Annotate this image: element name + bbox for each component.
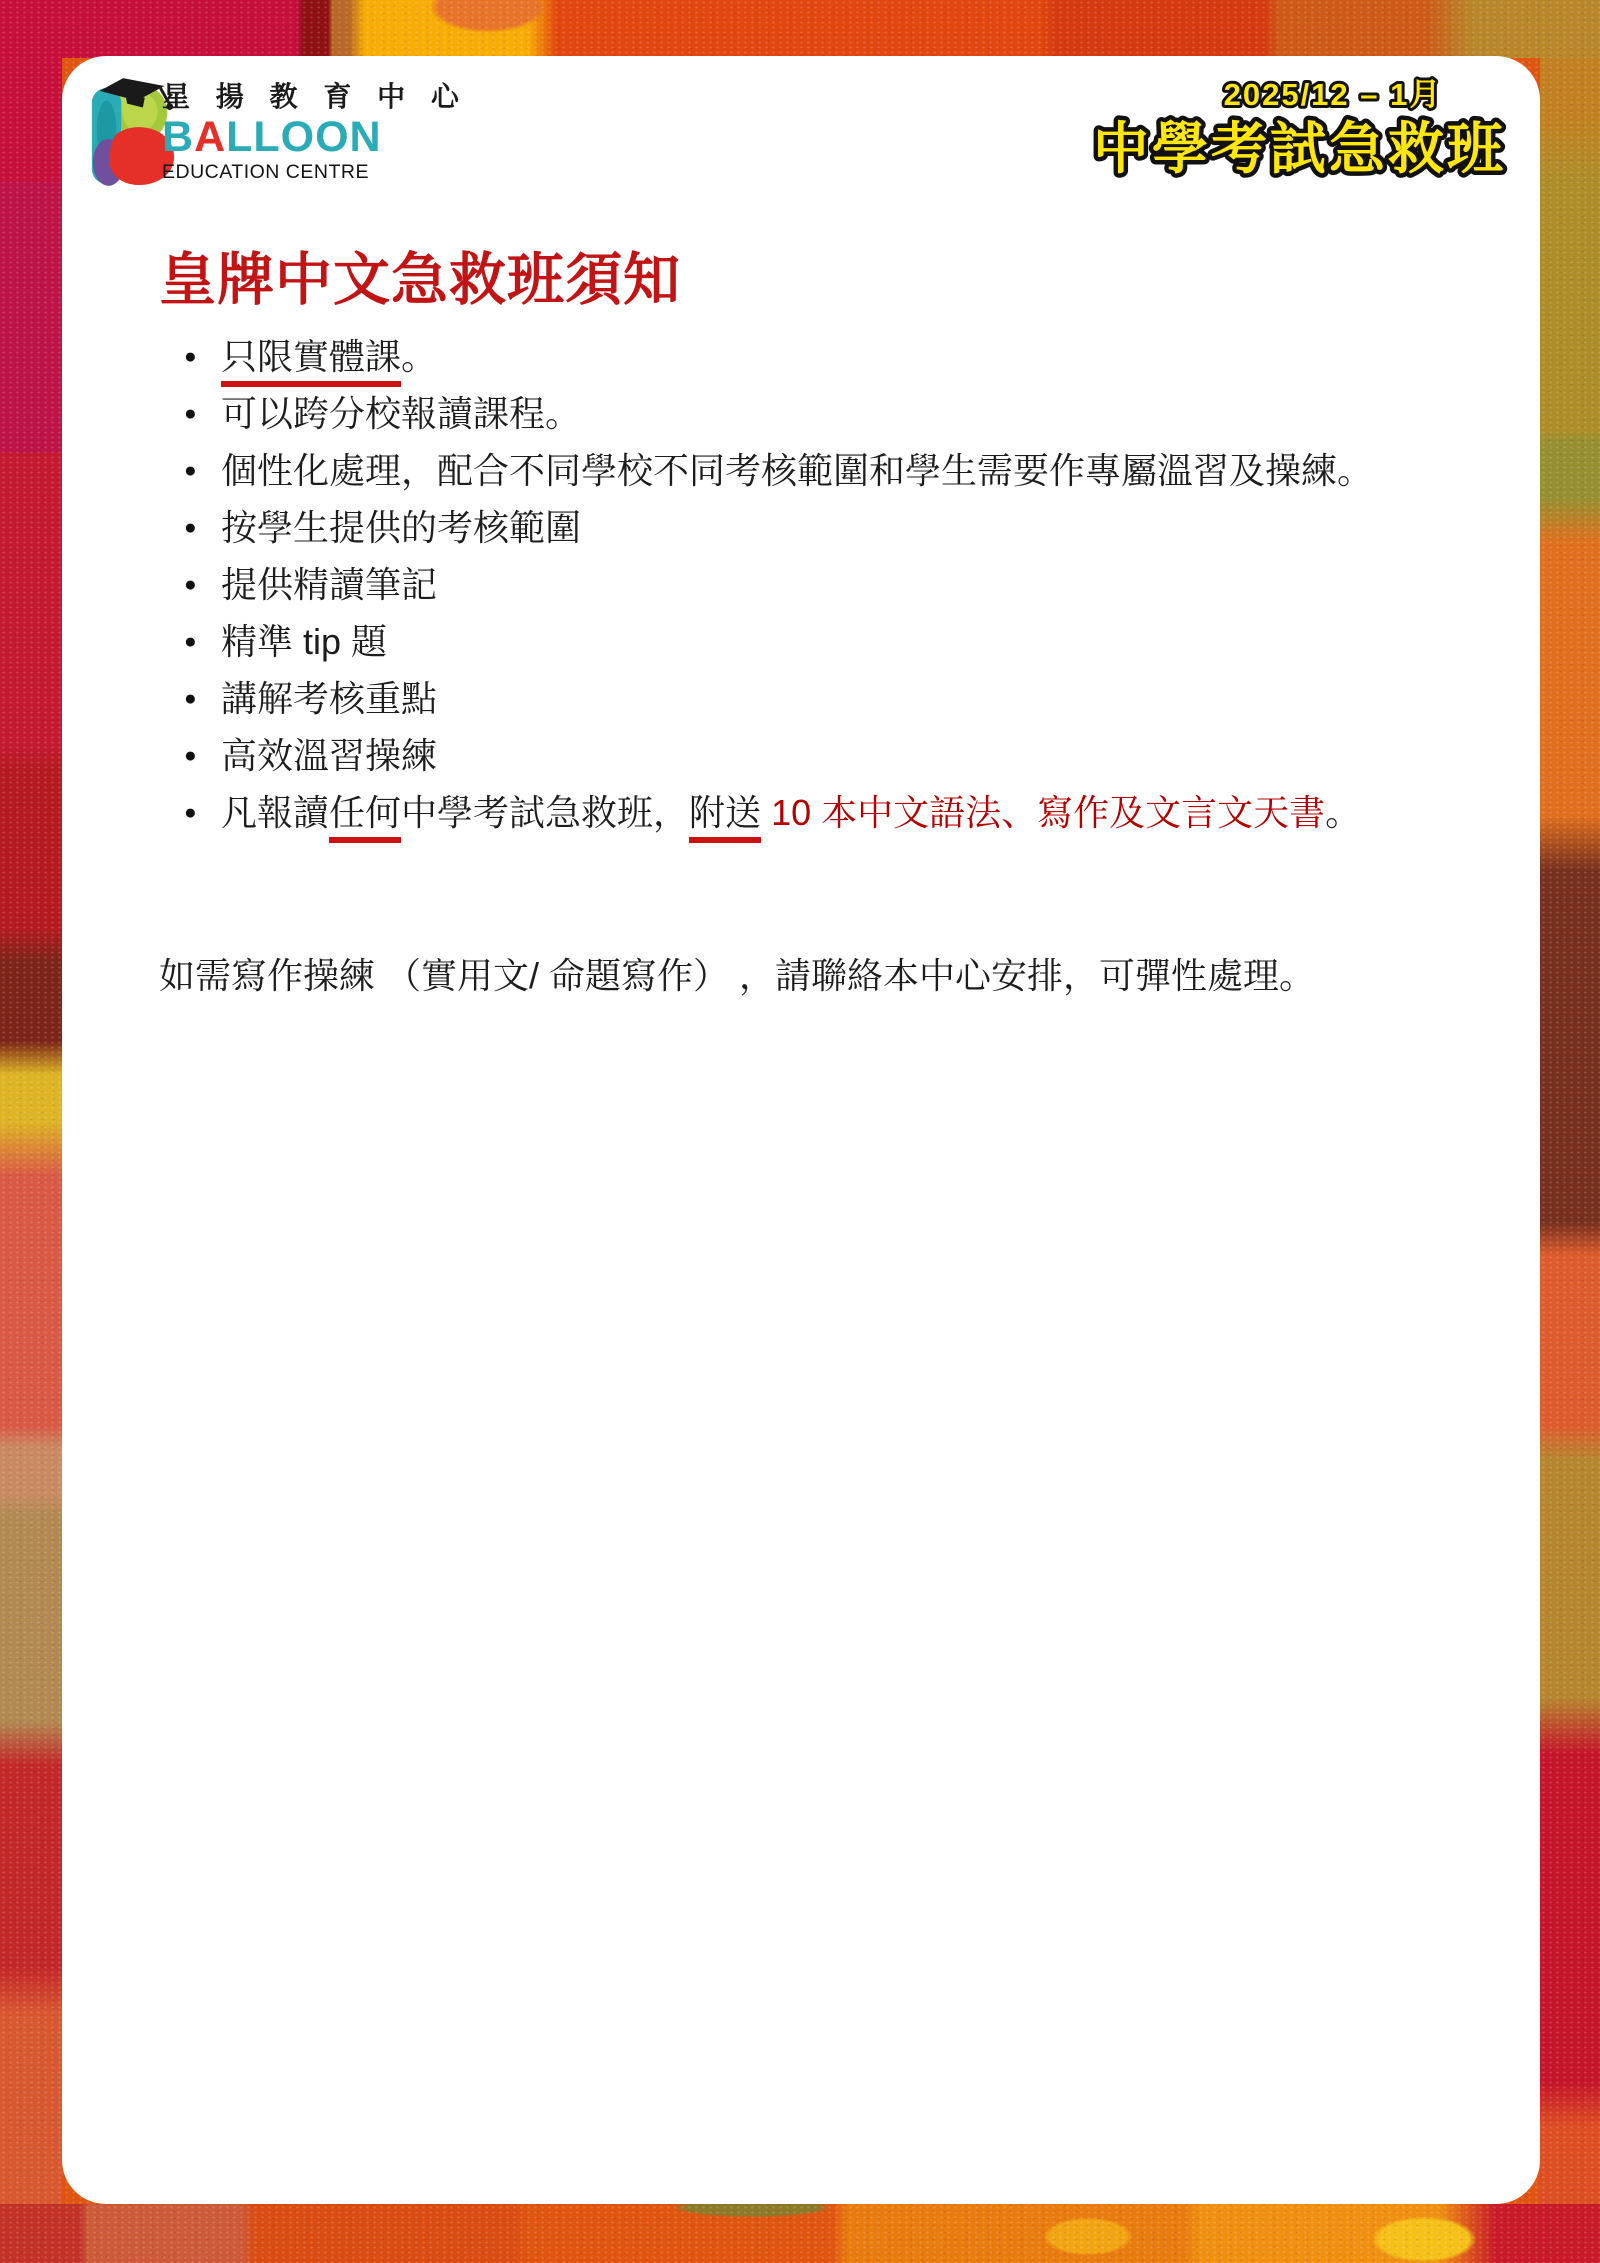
logo-chinese-name: 星 揚 教 育 中 心 <box>162 80 468 114</box>
list-item-text: 。 <box>401 336 437 377</box>
list-item: 講解考核重點 <box>62 670 1492 727</box>
list-item-text: 可以跨分校報讀課程。 <box>221 393 581 434</box>
list-item: 精準 tip 題 <box>62 613 1492 670</box>
list-item: 按學生提供的考核範圍 <box>62 499 1492 556</box>
logo-letter-a: A <box>194 113 226 161</box>
logo-text: 星 揚 教 育 中 心 BALLOON EDUCATION CENTRE <box>162 80 468 184</box>
flyer-page: 星 揚 教 育 中 心 BALLOON EDUCATION CENTRE 202… <box>0 0 1600 2263</box>
list-item-underlined-text: 只限實體課 <box>221 336 401 387</box>
logo-english-name: BALLOON <box>162 115 468 160</box>
list-item: 可以跨分校報讀課程。 <box>62 385 1492 442</box>
badge-date-line: 2025/12 – 1月 <box>1224 77 1443 112</box>
list-item-text: 中學考試急救班， <box>401 792 689 833</box>
list-item-text: 提供精讀筆記 <box>221 564 437 605</box>
list-item-text: 按學生提供的考核範圍 <box>221 507 581 548</box>
list-item: 凡報讀任何中學考試急救班，附送 10 本中文語法、寫作及文言文天書。 <box>62 784 1492 841</box>
badge-title-line: 中學考試急救班 <box>1093 117 1506 180</box>
list-item-text: 個性化處理，配合不同學校不同考核範圍和學生需要作專屬溫習及操練。 <box>221 450 1373 491</box>
bullet-list: 只限實體課。 可以跨分校報讀課程。 個性化處理，配合不同學校不同考核範圍和學生需… <box>62 328 1492 841</box>
logo: 星 揚 教 育 中 心 BALLOON EDUCATION CENTRE <box>62 56 482 206</box>
list-item: 個性化處理，配合不同學校不同考核範圍和學生需要作專屬溫習及操練。 <box>62 442 1492 499</box>
list-item: 提供精讀筆記 <box>62 556 1492 613</box>
list-item-text: 高效溫習操練 <box>221 735 437 776</box>
list-item-text: 。 <box>1325 792 1361 833</box>
logo-letters-rest: LLOON <box>226 113 381 161</box>
list-item: 高效溫習操練 <box>62 727 1492 784</box>
list-item-text: 凡報讀 <box>221 792 329 833</box>
list-item-red-text: 10 本中文語法、寫作及文言文天書 <box>761 792 1325 833</box>
title-badge: 2025/12 – 1月 中學考試急救班 <box>1080 74 1510 202</box>
content-card: 星 揚 教 育 中 心 BALLOON EDUCATION CENTRE 202… <box>62 56 1540 2204</box>
page-title: 皇牌中文急救班須知 <box>159 242 681 318</box>
logo-tagline: EDUCATION CENTRE <box>162 160 468 184</box>
footer-note: 如需寫作操練 （實用文/ 命題寫作） ，請聯絡本中心安排，可彈性處理。 <box>159 947 1315 1004</box>
list-item-text: 講解考核重點 <box>221 678 437 719</box>
list-item-underlined-text: 附送 <box>689 792 761 843</box>
logo-letter-b: B <box>162 113 194 161</box>
list-item: 只限實體課。 <box>62 328 1492 385</box>
list-item-text: 精準 tip 題 <box>221 621 387 662</box>
list-item-underlined-text: 任何 <box>329 792 401 843</box>
